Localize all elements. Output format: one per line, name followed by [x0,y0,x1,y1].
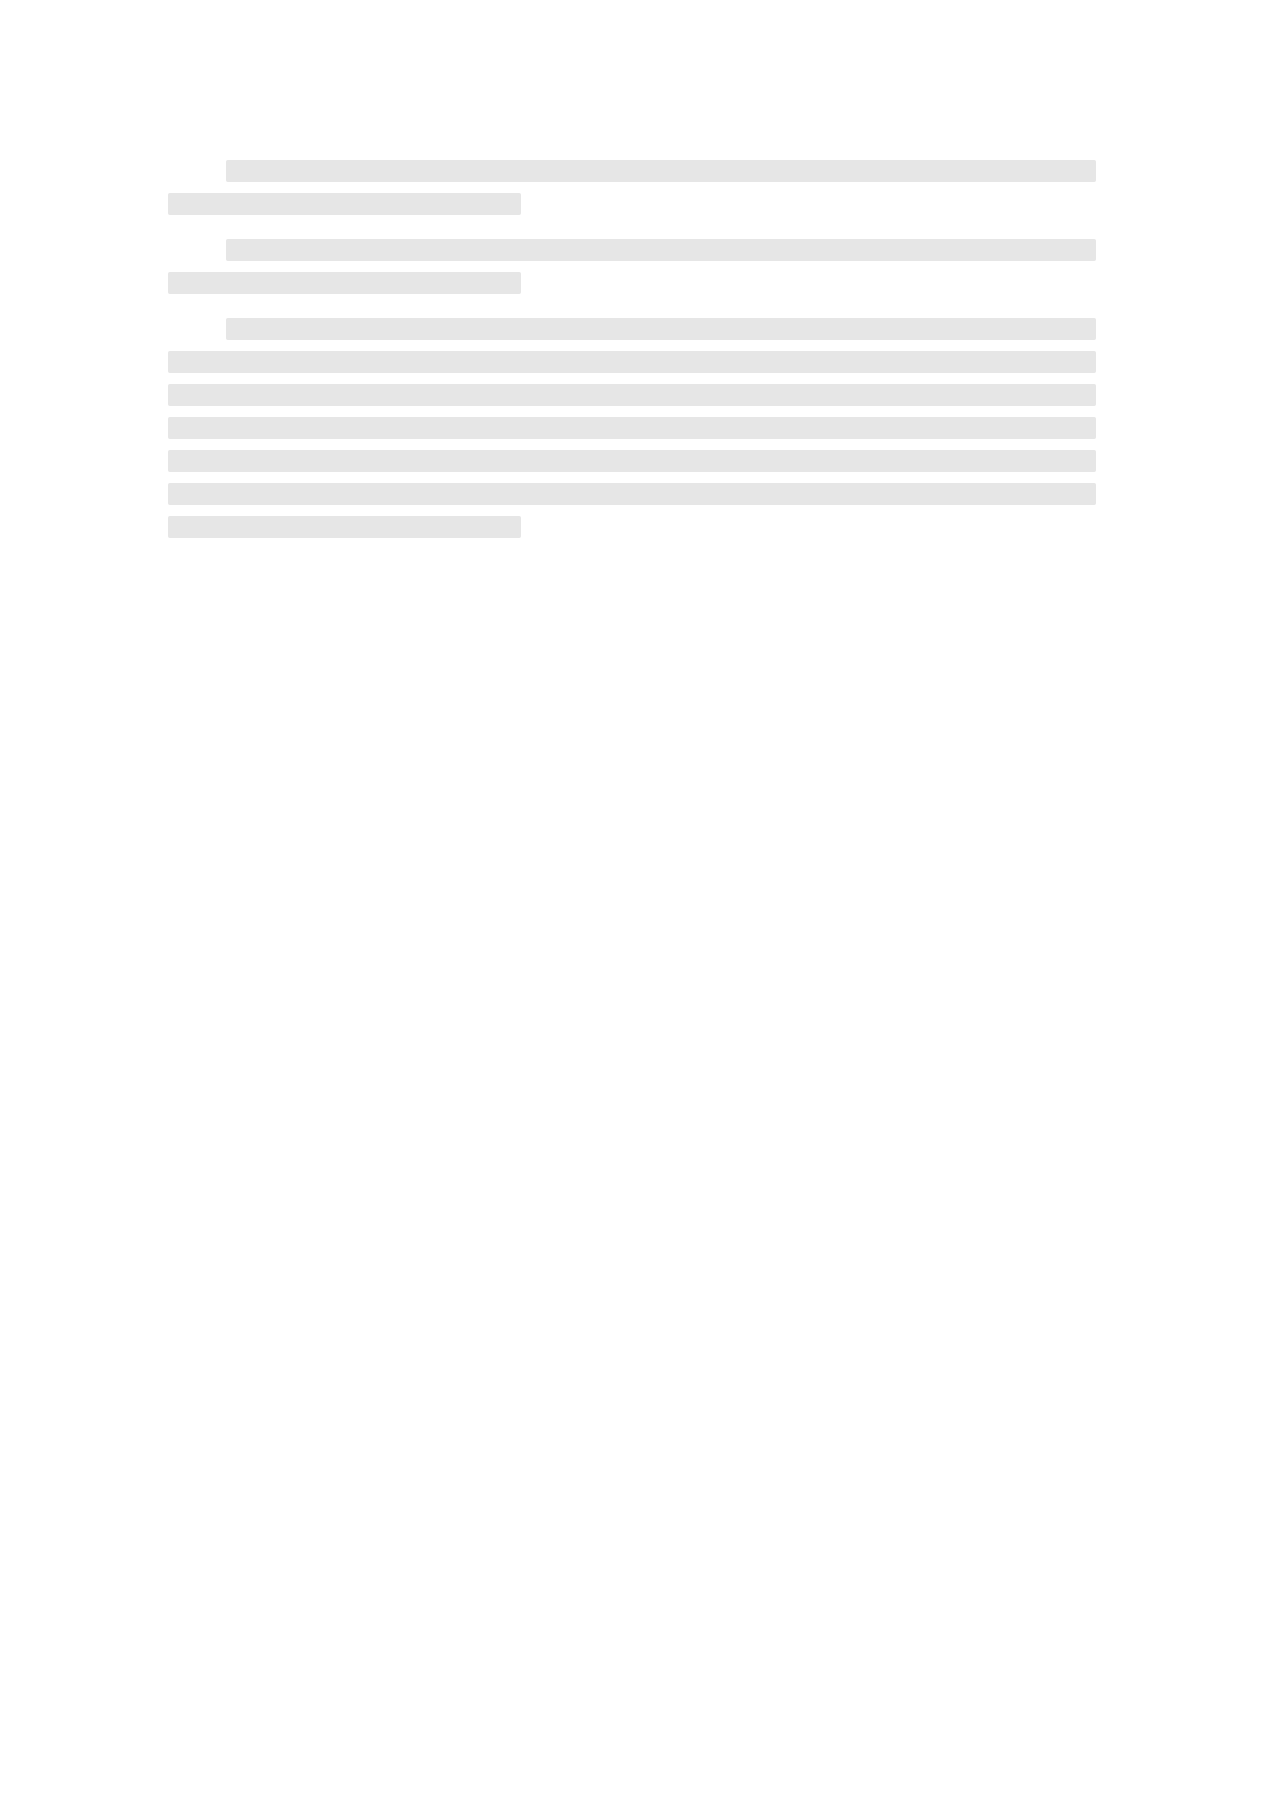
paragraph-1 [168,160,1096,215]
text-line [168,272,521,294]
text-line [168,417,1096,439]
document-page [168,150,1096,562]
text-line [168,351,1096,373]
text-line [226,160,1096,182]
text-line [226,239,1096,261]
text-line [226,318,1096,340]
text-line [168,384,1096,406]
paragraph-3 [168,318,1096,538]
text-line [168,450,1096,472]
paragraph-2 [168,239,1096,294]
text-line [168,483,1096,505]
text-line [168,193,521,215]
text-line [168,516,521,538]
